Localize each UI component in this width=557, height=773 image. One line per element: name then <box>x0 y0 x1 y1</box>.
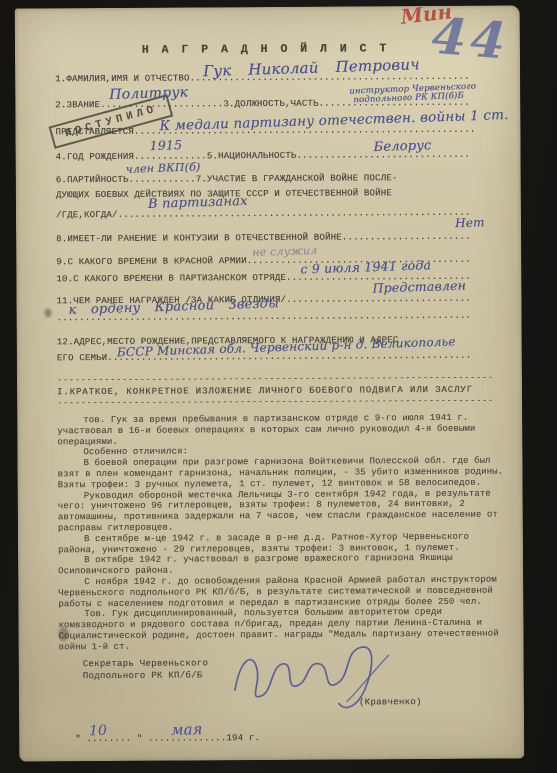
date-block: " ........ " ..............194 г. 10 мая <box>59 718 498 755</box>
field-wounds: 8.ИМЕЕТ-ЛИ РАНЕНИЕ И КОНТУЗИИ В ОТЕЧЕСТВ… <box>56 231 495 246</box>
field-nationality-value: Белорус <box>373 140 431 154</box>
ink-stain <box>45 308 52 317</box>
field-wounds-value: Нет <box>455 216 485 229</box>
field-presented-for: ПРЕДСТАВЛЯЕТСЯ..........................… <box>55 124 494 139</box>
field-birthyear-value: 1915 <box>149 139 182 152</box>
field-where-when-value: В партизанах <box>148 196 248 211</box>
document-page: Мин 44 ПОСТУПИЛО Н А Г Р А Д Н О Й Л И С… <box>15 5 525 761</box>
field-red-army-value: не служил <box>252 245 318 259</box>
field-address-line2: ЕГО СЕМЬИ...............................… <box>57 350 496 365</box>
scanned-award-document: { "palette": { "paper": "#cdc3a5", "type… <box>0 0 557 773</box>
signatory-role-line1: Секретарь Червеньского <box>83 658 208 669</box>
dashed-separator: ----------------------------------------… <box>57 396 496 410</box>
case-number-handwritten: 44 <box>430 11 511 67</box>
field-previous-awards-value: Представлен <box>372 280 466 295</box>
field-party-membership: 6.ПАРТИЙНОСТЬ............7.УЧАСТИЕ В ГРА… <box>56 172 495 187</box>
field-birthyear-nationality: 4.ГОД РОЖДЕНИЯ.............5.НАЦИОНАЛЬНО… <box>56 149 495 164</box>
citation-paragraph: В сентябре м-це 1942 г. в засаде в р-не … <box>58 531 510 555</box>
field-war-participation-line2: ДУЮЩИХ БОЕВЫХ ДЕЙСТВИЯХ ПО ЗАЩИТЕ СССР И… <box>56 187 495 202</box>
citation-paragraph: Руководил обороной местечка Лельчицы 3-г… <box>58 488 510 534</box>
field-war-participation-where: /ГДЕ,КОГДА/.............................… <box>56 207 495 222</box>
citation-paragraph: В боевой операции при разгроме гарнизона… <box>57 456 509 491</box>
date-day-handwritten: 10 <box>89 722 107 739</box>
field-previous-awards-line2: ........................................… <box>57 310 496 325</box>
field-party-value: член ВКП(б) <box>126 161 201 175</box>
citation-paragraph: тов. Гук за время пребывания в партизанс… <box>57 413 509 448</box>
field-rank-value: Политрук <box>109 86 188 101</box>
field-where-when-label: /ГДЕ,КОГДА/.............................… <box>56 208 471 221</box>
signature-block: Секретарь Червеньского Подпольного РК КП… <box>59 652 498 721</box>
field-party-label: 6.ПАРТИЙНОСТЬ............7.УЧАСТИЕ В ГРА… <box>56 173 398 185</box>
citation-body: тов. Гук за время пребывания в партизанс… <box>57 413 510 653</box>
citation-paragraph: В октябре 1942 г. участвовал в разгроме … <box>58 553 510 577</box>
date-month-handwritten: мая <box>171 720 203 739</box>
field-wounds-label: 8.ИМЕЕТ-ЛИ РАНЕНИЕ И КОНТУЗИИ В ОТЕЧЕСТВ… <box>56 232 471 245</box>
citation-paragraph: С ноября 1942 г. до освобождения района … <box>58 574 510 609</box>
signatory-name: (Кравченко) <box>359 697 422 707</box>
signatory-role-line2: Подпольного РК КП/б/Б <box>83 670 203 681</box>
